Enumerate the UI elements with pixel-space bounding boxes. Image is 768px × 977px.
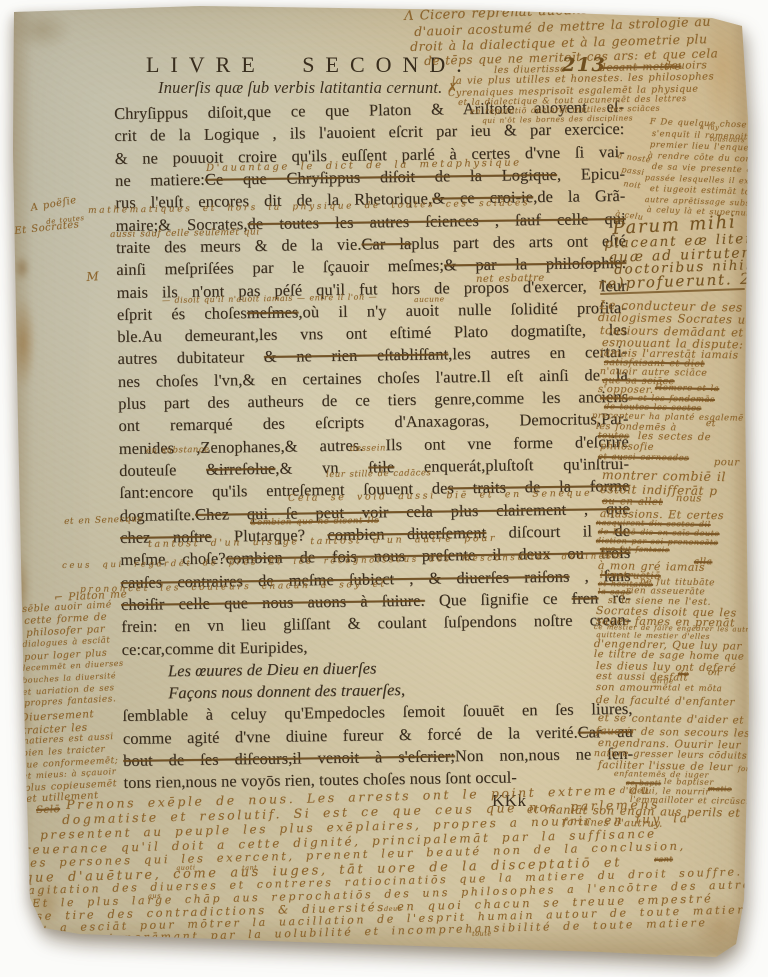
handwritten-annotation: A poëſie xyxy=(30,196,78,214)
handwritten-annotation: à noste xyxy=(617,152,652,165)
handwritten-annotation: aussi sauf celle seulemēt qui xyxy=(110,228,260,240)
handwritten-annotation: et en Senecque xyxy=(64,515,144,527)
handwritten-annotation: son amour xyxy=(596,683,655,694)
handwritten-annotation: alla xyxy=(694,558,713,567)
handwritten-annotation: pour xyxy=(714,458,740,468)
handwritten-annotation: rant xyxy=(654,856,673,864)
scan-background: LIVRE SECOND. Inuerſis quæ ſub verbis la… xyxy=(0,0,768,977)
handwritten-annotation: dessein xyxy=(350,444,386,453)
handwritten-annotation: en substance xyxy=(146,446,210,456)
handwritten-annotation: leur stille de cadāces xyxy=(326,469,431,479)
handwritten-annotation: le baptiser xyxy=(664,778,714,787)
handwritten-annotation: deuoirs xyxy=(664,60,707,71)
handwritten-annotation: aus xyxy=(148,893,161,900)
handwritten-annotation: M xyxy=(86,270,100,283)
handwritten-annotation: Homere et la xyxy=(655,384,719,394)
handwritten-annotation: net esbattre xyxy=(476,274,545,285)
handwritten-annotation: nous xyxy=(676,494,702,504)
handwritten-annotation: noit xyxy=(623,180,642,190)
handwritten-annotation: et aussi carneades xyxy=(598,453,689,463)
handwritten-annotation: toute xyxy=(472,930,492,937)
handwritten-annotation: et se contante d'aider et xyxy=(598,713,744,726)
screenshot-root: { "document": { "header": "LIVRE SECOND.… xyxy=(0,0,768,977)
handwritten-annotation: et xyxy=(706,420,716,429)
handwritten-annotation: tant xyxy=(242,865,257,872)
page-wrapper: LIVRE SECOND. Inuerſis quæ ſub verbis la… xyxy=(0,0,768,977)
handwritten-annotation: ceus qui regardēt de pres Et les recogno… xyxy=(62,552,613,570)
manuscript-annotations: Λ Cicero reprenāt aucuns de ses amisd'au… xyxy=(0,0,768,977)
handwritten-annotation: — disoit qu'il n'auoit iamais — entre il… xyxy=(162,293,377,305)
handwritten-annotation: Selō xyxy=(36,805,60,816)
handwritten-annotation: on xyxy=(708,669,720,678)
handwritten-annotation: D'auantage le dict de la metaphysique xyxy=(206,158,522,174)
handwritten-annotation: ✗ xyxy=(447,82,458,95)
handwritten-annotation: mathematiques et hors la physique de tou… xyxy=(88,199,530,216)
handwritten-annotation: de la faculté d'enfanter xyxy=(596,695,735,708)
handwritten-annotation: Cela se void aussi biē et en Seneque xyxy=(288,489,592,504)
handwritten-annotation: Combien que ne disent Ils xyxy=(250,517,379,528)
handwritten-annotation: Et Socrates xyxy=(14,220,80,237)
handwritten-annotation: mētal et mōta xyxy=(654,684,722,694)
handwritten-annotation: matie xyxy=(708,785,732,793)
handwritten-annotation: tantost d'un uisage tantost d'un autre p… xyxy=(148,534,497,550)
handwritten-annotation: quoti xyxy=(176,864,196,871)
handwritten-annotation: qui n'ōt les bornes des disciplines xyxy=(482,114,633,124)
book-page: LIVRE SECOND. Inuerſis quæ ſub verbis la… xyxy=(0,0,768,977)
handwritten-annotation: passi xyxy=(621,166,645,177)
handwritten-annotation: aucune xyxy=(414,295,445,303)
handwritten-annotation: de xyxy=(678,670,689,678)
handwritten-annotation: fortifi xyxy=(738,766,762,773)
handwritten-annotation: propres fantasies. xyxy=(24,695,116,709)
